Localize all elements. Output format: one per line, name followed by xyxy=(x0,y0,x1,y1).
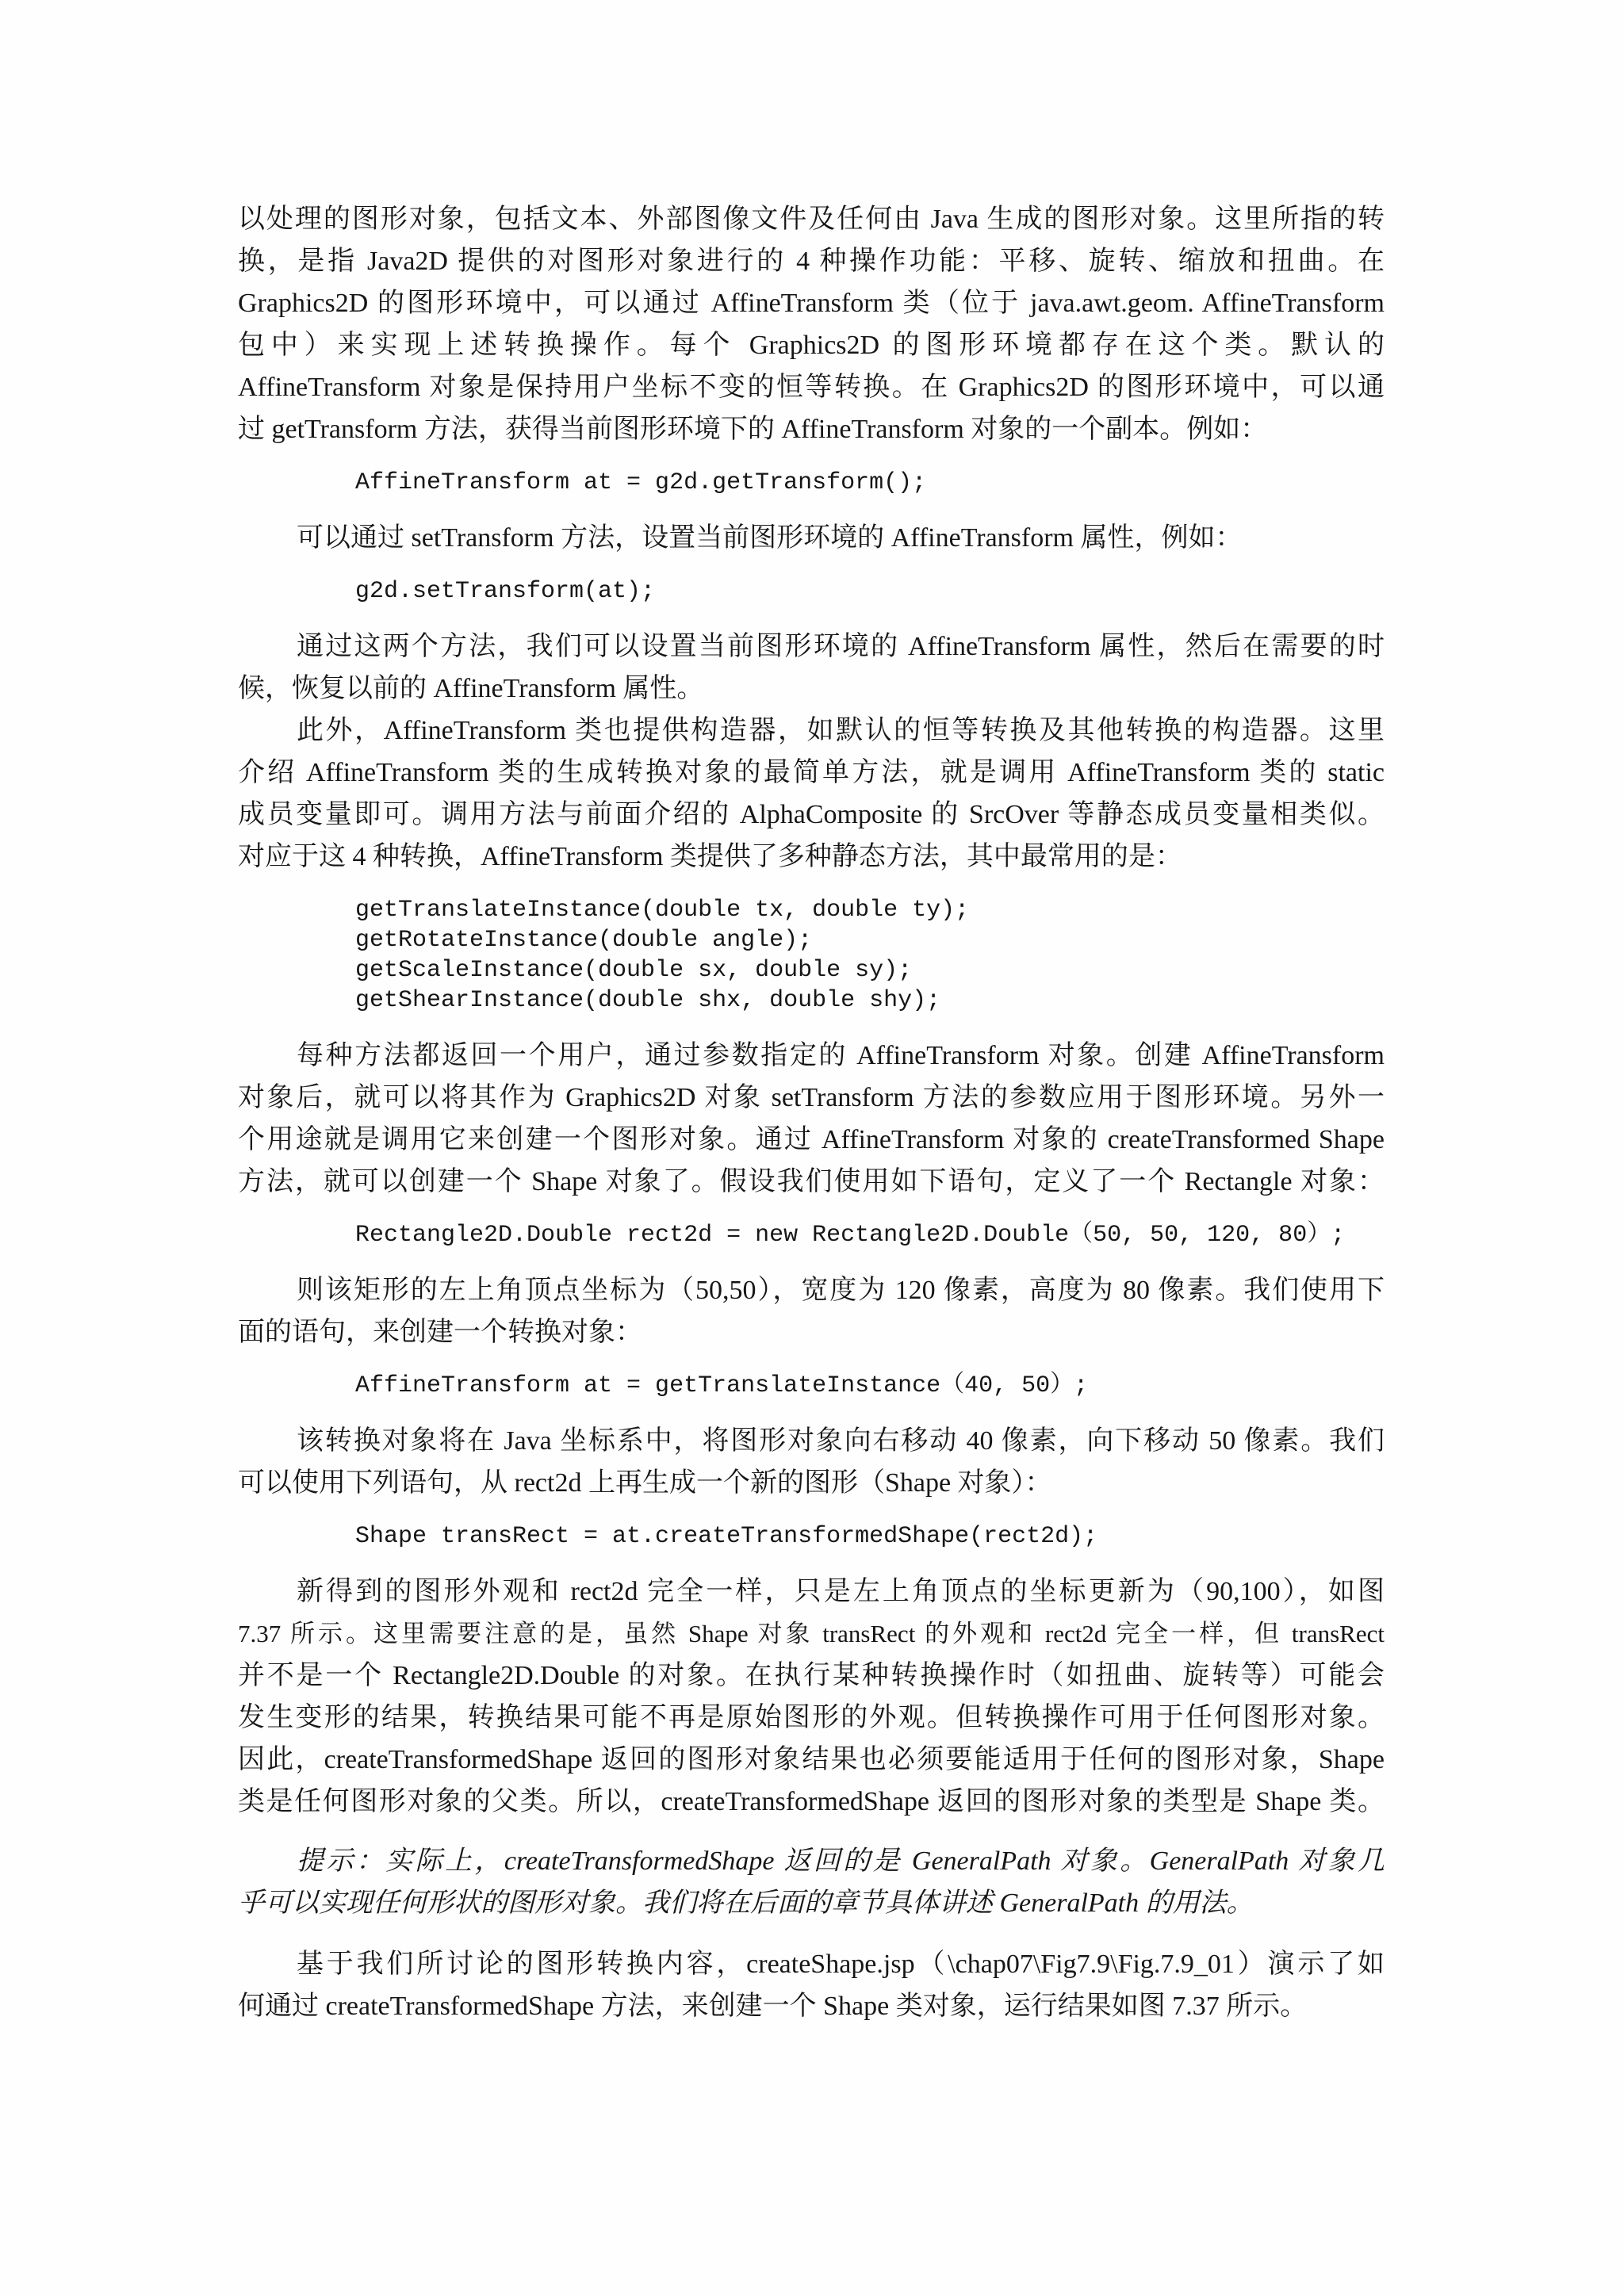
text-line: Graphics2D 的图形环境中，可以通过 AffineTransform 类… xyxy=(238,282,1385,324)
text-line: 对应于这 4 种转换，AffineTransform 类提供了多种静态方法，其中… xyxy=(238,836,1385,878)
document-page: 以处理的图形对象，包括文本、外部图像文件及任何由 Java 生成的图形对象。这里… xyxy=(0,0,1624,2296)
code-line: getScaleInstance(double sx, double sy); xyxy=(355,955,1385,985)
paragraph: 该转换对象将在 Java 坐标系中，将图形对象向右移动 40 像素，向下移动 5… xyxy=(238,1420,1385,1504)
text-line: 则该矩形的左上角顶点坐标为（50,50），宽度为 120 像素，高度为 80 像… xyxy=(238,1269,1385,1311)
code-line: getShearInstance(double shx, double shy)… xyxy=(355,985,1385,1016)
text-line: 过 getTransform 方法，获得当前图形环境下的 AffineTrans… xyxy=(238,408,1385,450)
text-line: 该转换对象将在 Java 坐标系中，将图形对象向右移动 40 像素，向下移动 5… xyxy=(238,1420,1385,1462)
text-line: 面的语句，来创建一个转换对象： xyxy=(238,1311,1385,1353)
text-line: 以处理的图形对象，包括文本、外部图像文件及任何由 Java 生成的图形对象。这里… xyxy=(238,198,1385,240)
text-line: 类是任何图形对象的父类。所以，createTransformedShape 返回… xyxy=(238,1781,1385,1823)
paragraph: 以处理的图形对象，包括文本、外部图像文件及任何由 Java 生成的图形对象。这里… xyxy=(238,198,1385,450)
text-line: 此外，AffineTransform 类也提供构造器，如默认的恒等转换及其他转换… xyxy=(238,710,1385,752)
text-line: 每种方法都返回一个用户，通过参数指定的 AffineTransform 对象。创… xyxy=(238,1035,1385,1077)
text-line: 对象后，就可以将其作为 Graphics2D 对象 setTransform 方… xyxy=(238,1077,1385,1119)
code-line: getTranslateInstance(double tx, double t… xyxy=(355,895,1385,925)
code-block: AffineTransform at = g2d.getTransform(); xyxy=(355,468,1385,498)
paragraph: 通过这两个方法，我们可以设置当前图形环境的 AffineTransform 属性… xyxy=(238,626,1385,710)
code-line: AffineTransform at = getTranslateInstanc… xyxy=(355,1371,1385,1401)
text-line: 基于我们所讨论的图形转换内容，createShape.jsp（\chap07\F… xyxy=(238,1943,1385,1985)
text-line: 发生变形的结果，转换结果可能不再是原始图形的外观。但转换操作可用于任何图形对象。 xyxy=(238,1697,1385,1739)
hint-line: 乎可以实现任何形状的图形对象。我们将在后面的章节具体讲述 GeneralPath… xyxy=(238,1882,1385,1924)
text-line: 可以使用下列语句，从 rect2d 上再生成一个新的图形（Shape 对象）： xyxy=(238,1462,1385,1504)
text-line: 包中）来实现上述转换操作。每个 Graphics2D 的图形环境都存在这个类。默… xyxy=(238,324,1385,366)
text-line: 个用途就是调用它来创建一个图形对象。通过 AffineTransform 对象的… xyxy=(238,1119,1385,1161)
paragraph: 每种方法都返回一个用户，通过参数指定的 AffineTransform 对象。创… xyxy=(238,1035,1385,1203)
paragraph: 基于我们所讨论的图形转换内容，createShape.jsp（\chap07\F… xyxy=(238,1943,1385,2027)
text-line: 候，恢复以前的 AffineTransform 属性。 xyxy=(238,668,1385,710)
code-block: AffineTransform at = getTranslateInstanc… xyxy=(355,1371,1385,1401)
text-line: AffineTransform 对象是保持用户坐标不变的恒等转换。在 Graph… xyxy=(238,366,1385,408)
hint-paragraph: 提示：实际上，createTransformedShape 返回的是 Gener… xyxy=(238,1840,1385,1924)
paragraph: 此外，AffineTransform 类也提供构造器，如默认的恒等转换及其他转换… xyxy=(238,710,1385,878)
text-line: 可以通过 setTransform 方法，设置当前图形环境的 AffineTra… xyxy=(238,517,1385,559)
code-line: Shape transRect = at.createTransformedSh… xyxy=(355,1521,1385,1552)
text-line: 因此，createTransformedShape 返回的图形对象结果也必须要能… xyxy=(238,1739,1385,1781)
text-line: 换，是指 Java2D 提供的对图形对象进行的 4 种操作功能：平移、旋转、缩放… xyxy=(238,240,1385,282)
code-line: AffineTransform at = g2d.getTransform(); xyxy=(355,468,1385,498)
code-line: getRotateInstance(double angle); xyxy=(355,925,1385,955)
text-line: 方法，就可以创建一个 Shape 对象了。假设我们使用如下语句，定义了一个 Re… xyxy=(238,1161,1385,1203)
hint-line: 提示：实际上，createTransformedShape 返回的是 Gener… xyxy=(238,1840,1385,1882)
text-line: 何通过 createTransformedShape 方法，来创建一个 Shap… xyxy=(238,1985,1385,2027)
paragraph: 可以通过 setTransform 方法，设置当前图形环境的 AffineTra… xyxy=(238,517,1385,559)
paragraph: 则该矩形的左上角顶点坐标为（50,50），宽度为 120 像素，高度为 80 像… xyxy=(238,1269,1385,1353)
text-line: 成员变量即可。调用方法与前面介绍的 AlphaComposite 的 SrcOv… xyxy=(238,794,1385,836)
code-line: Rectangle2D.Double rect2d = new Rectangl… xyxy=(355,1220,1385,1250)
code-block: g2d.setTransform(at); xyxy=(355,576,1385,607)
text-line: 介绍 AffineTransform 类的生成转换对象的最简单方法，就是调用 A… xyxy=(238,752,1385,794)
code-block: Rectangle2D.Double rect2d = new Rectangl… xyxy=(355,1220,1385,1250)
code-line: g2d.setTransform(at); xyxy=(355,576,1385,607)
paragraph: 新得到的图形外观和 rect2d 完全一样，只是左上角顶点的坐标更新为（90,1… xyxy=(238,1571,1385,1823)
text-line: 并不是一个 Rectangle2D.Double 的对象。在执行某种转换操作时（… xyxy=(238,1655,1385,1697)
code-block: Shape transRect = at.createTransformedSh… xyxy=(355,1521,1385,1552)
text-line: 新得到的图形外观和 rect2d 完全一样，只是左上角顶点的坐标更新为（90,1… xyxy=(238,1571,1385,1613)
text-line: 7.37 所示。这里需要注意的是，虽然 Shape 对象 transRect 的… xyxy=(238,1613,1385,1655)
text-line: 通过这两个方法，我们可以设置当前图形环境的 AffineTransform 属性… xyxy=(238,626,1385,668)
code-block: getTranslateInstance(double tx, double t… xyxy=(355,895,1385,1016)
